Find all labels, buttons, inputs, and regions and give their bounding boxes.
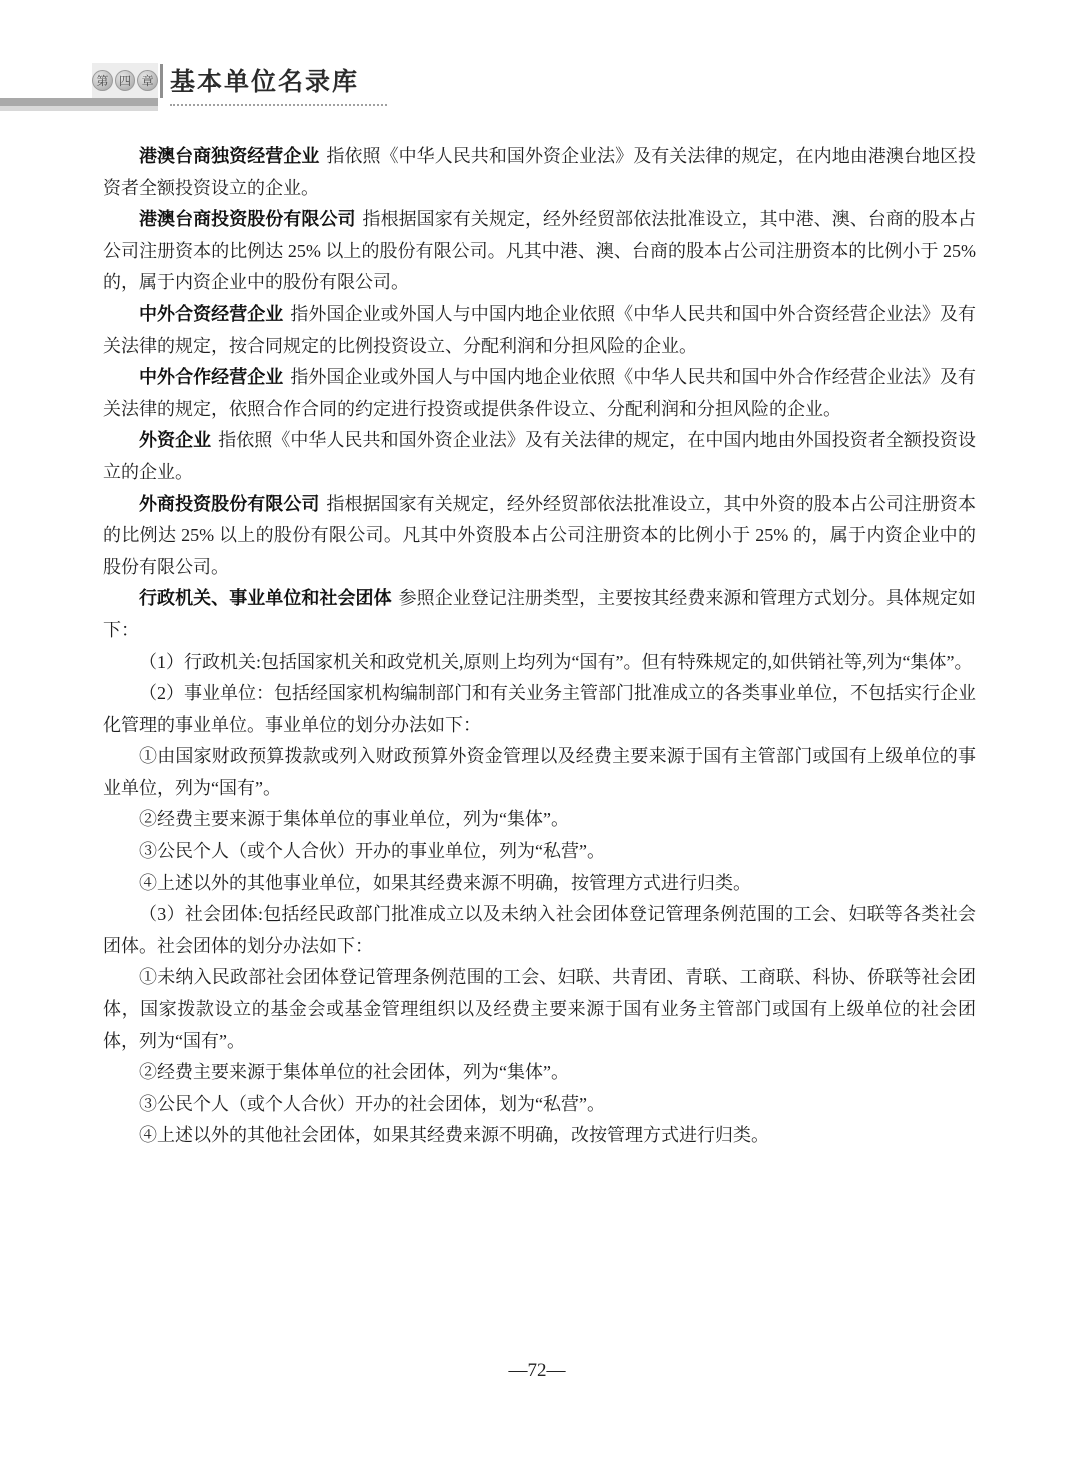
paragraph-body: ②经费主要来源于集体单位的事业单位，列为“集体”。: [139, 809, 569, 829]
paragraph: 港澳台商独资经营企业指依照《中华人民共和国外资企业法》及有关法律的规定，在内地由…: [103, 141, 976, 204]
chapter-badge-char-1: 第: [92, 70, 113, 91]
paragraph: ④上述以外的其他事业单位，如果其经费来源不明确，按管理方式进行归类。: [103, 868, 976, 900]
paragraph-body: ②经费主要来源于集体单位的社会团体，列为“集体”。: [139, 1062, 569, 1082]
paragraph-body: （1）行政机关:包括国家机关和政党机关,原则上均列为“国有”。但有特殊规定的,如…: [139, 652, 972, 672]
paragraph: 外商投资股份有限公司指根据国家有关规定，经外经贸部依法批准设立，其中外资的股本占…: [103, 489, 976, 584]
paragraph-body: ③公民个人（或个人合伙）开办的社会团体，划为“私营”。: [139, 1094, 605, 1114]
paragraph-term: 中外合资经营企业: [139, 304, 283, 324]
chapter-title: 基本单位名录库: [170, 62, 387, 106]
paragraph-body: ④上述以外的其他社会团体，如果其经费来源不明确，改按管理方式进行归类。: [139, 1125, 769, 1145]
chapter-badge-char-3: 章: [137, 70, 158, 91]
paragraph-body: ①由国家财政预算拨款或列入财政预算外资金管理以及经费主要来源于国有主管部门或国有…: [103, 746, 976, 798]
chapter-bar: [0, 98, 158, 106]
chapter-bar-shadow: [0, 106, 158, 111]
paragraph-body: ③公民个人（或个人合伙）开办的事业单位，列为“私营”。: [139, 841, 605, 861]
paragraph: 中外合作经营企业指外国企业或外国人与中国内地企业依照《中华人民共和国中外合作经营…: [103, 362, 976, 425]
paragraph: ②经费主要来源于集体单位的社会团体，列为“集体”。: [103, 1057, 976, 1089]
paragraph-term: 港澳台商独资经营企业: [139, 146, 319, 166]
chapter-badge-char-2: 四: [115, 70, 136, 91]
paragraph: 行政机关、事业单位和社会团体参照企业登记注册类型，主要按其经费来源和管理方式划分…: [103, 583, 976, 646]
paragraph-body: ④上述以外的其他事业单位，如果其经费来源不明确，按管理方式进行归类。: [139, 873, 751, 893]
paragraph: ③公民个人（或个人合伙）开办的社会团体，划为“私营”。: [103, 1089, 976, 1121]
paragraph: 外资企业指依照《中华人民共和国外资企业法》及有关法律的规定，在中国内地由外国投资…: [103, 425, 976, 488]
paragraph-body: （3）社会团体:包括经民政部门批准成立以及未纳入社会团体登记管理条例范围的工会、…: [103, 904, 976, 956]
paragraph: 中外合资经营企业指外国企业或外国人与中国内地企业依照《中华人民共和国中外合资经营…: [103, 299, 976, 362]
paragraph: （2）事业单位：包括经国家机构编制部门和有关业务主管部门批准成立的各类事业单位，…: [103, 678, 976, 741]
header-divider: [160, 64, 163, 98]
paragraph-body: （2）事业单位：包括经国家机构编制部门和有关业务主管部门批准成立的各类事业单位，…: [103, 683, 976, 735]
paragraph-term: 港澳台商投资股份有限公司: [139, 209, 356, 229]
paragraph: （1）行政机关:包括国家机关和政党机关,原则上均列为“国有”。但有特殊规定的,如…: [103, 647, 976, 679]
paragraph: ③公民个人（或个人合伙）开办的事业单位，列为“私营”。: [103, 836, 976, 868]
paragraph: ④上述以外的其他社会团体，如果其经费来源不明确，改按管理方式进行归类。: [103, 1120, 976, 1152]
paragraph-body: 指依照《中华人民共和国外资企业法》及有关法律的规定，在中国内地由外国投资者全额投…: [103, 430, 976, 482]
paragraph: ①由国家财政预算拨款或列入财政预算外资金管理以及经费主要来源于国有主管部门或国有…: [103, 741, 976, 804]
document-body: 港澳台商独资经营企业指依照《中华人民共和国外资企业法》及有关法律的规定，在内地由…: [103, 141, 976, 1152]
paragraph-term: 中外合作经营企业: [139, 367, 283, 387]
paragraph: （3）社会团体:包括经民政部门批准成立以及未纳入社会团体登记管理条例范围的工会、…: [103, 899, 976, 962]
paragraph-body: ①未纳入民政部社会团体登记管理条例范围的工会、妇联、共青团、青联、工商联、科协、…: [103, 967, 976, 1050]
paragraph-term: 行政机关、事业单位和社会团体: [139, 588, 392, 608]
paragraph-term: 外资企业: [139, 430, 211, 450]
chapter-header: 第 四 章 基本单位名录库: [0, 0, 1074, 120]
chapter-badge: 第 四 章: [92, 63, 158, 98]
paragraph-term: 外商投资股份有限公司: [139, 494, 319, 514]
page-number: —72—: [0, 1360, 1074, 1382]
paragraph: 港澳台商投资股份有限公司指根据国家有关规定，经外经贸部依法批准设立，其中港、澳、…: [103, 204, 976, 299]
paragraph: ②经费主要来源于集体单位的事业单位，列为“集体”。: [103, 804, 976, 836]
paragraph: ①未纳入民政部社会团体登记管理条例范围的工会、妇联、共青团、青联、工商联、科协、…: [103, 962, 976, 1057]
